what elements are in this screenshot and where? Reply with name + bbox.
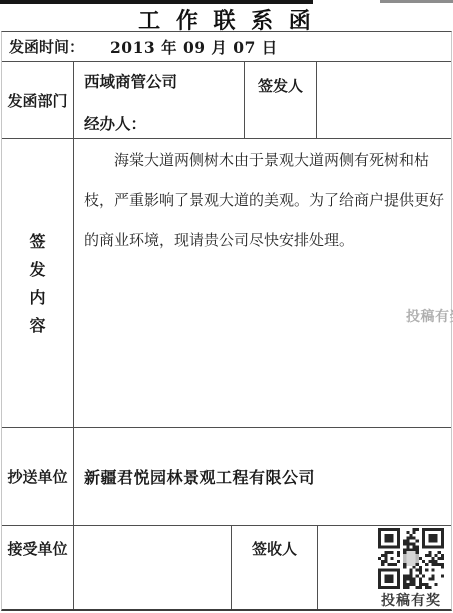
- issue-content-label-char: 发: [29, 261, 45, 278]
- work-contact-form-table: 发函时间： 2013 年 09 月 07 日 发函部门 西域商管公司 经办人： …: [1, 31, 452, 611]
- page-title: 工 作 联 系 函: [0, 4, 453, 31]
- signee-label: 签收人: [252, 540, 297, 558]
- send-department-company: 西域商管公司: [84, 72, 244, 92]
- send-department-value-cell: 西域商管公司 经办人：: [74, 62, 245, 138]
- row-receive: 接受单位 签收人 投稿有奖: [2, 526, 451, 609]
- send-department-label: 发函部门: [7, 90, 67, 111]
- handler-label: 经办人：: [84, 114, 244, 134]
- scan-top-bar-right: [380, 0, 453, 3]
- receive-label: 接受单位: [7, 540, 67, 558]
- receive-label-cell: 接受单位: [2, 526, 74, 609]
- qr-block: 投稿有奖: [374, 527, 448, 610]
- issue-content-label-char: 签: [29, 233, 45, 250]
- row-send-department: 发函部门 西域商管公司 经办人： 签发人: [2, 62, 451, 139]
- row-send-time: 发函时间： 2013 年 09 月 07 日: [2, 32, 451, 62]
- issuer-label-cell: 签发人: [245, 62, 317, 138]
- issue-content-label-char: 容: [29, 317, 45, 334]
- receive-value-cell: [74, 526, 232, 609]
- issue-content-body-cell: 海棠大道两侧树木由于景观大道两侧有死树和枯枝，严重影响了景观大道的美观。为了给商…: [74, 139, 451, 427]
- qr-code: [378, 528, 444, 589]
- document-page: 工 作 联 系 函 发函时间： 2013 年 09 月 07 日 发函部门 西域…: [0, 0, 453, 613]
- send-department-label-cell: 发函部门: [2, 62, 74, 138]
- issuer-value-cell: [317, 62, 451, 138]
- signee-label-cell: 签收人: [232, 526, 318, 609]
- signee-value-cell: 投稿有奖: [318, 526, 451, 609]
- qr-caption: 投稿有奖: [374, 590, 448, 610]
- send-time-value: 2013 年 09 月 07 日: [110, 36, 278, 58]
- issuer-label: 签发人: [258, 77, 303, 95]
- copy-to-value-cell: 新疆君悦园林景观工程有限公司: [74, 428, 451, 525]
- issue-content-text: 海棠大道两侧树木由于景观大道两侧有死树和枯枝，严重影响了景观大道的美观。为了给商…: [84, 140, 449, 260]
- copy-to-label: 抄送单位: [7, 466, 67, 487]
- row-issue-content: 签 发 内 容 海棠大道两侧树木由于景观大道两侧有死树和枯枝，严重影响了景观大道…: [2, 139, 451, 428]
- send-time-label: 发函时间：: [2, 36, 84, 57]
- issue-content-label-char: 内: [29, 289, 45, 306]
- issue-content-label-cell: 签 发 内 容: [2, 139, 74, 427]
- row-copy-to: 抄送单位 新疆君悦园林景观工程有限公司: [2, 428, 451, 526]
- copy-to-value: 新疆君悦园林景观工程有限公司: [84, 465, 315, 488]
- copy-to-label-cell: 抄送单位: [2, 428, 74, 525]
- watermark-text: 投稿有奖: [406, 306, 453, 326]
